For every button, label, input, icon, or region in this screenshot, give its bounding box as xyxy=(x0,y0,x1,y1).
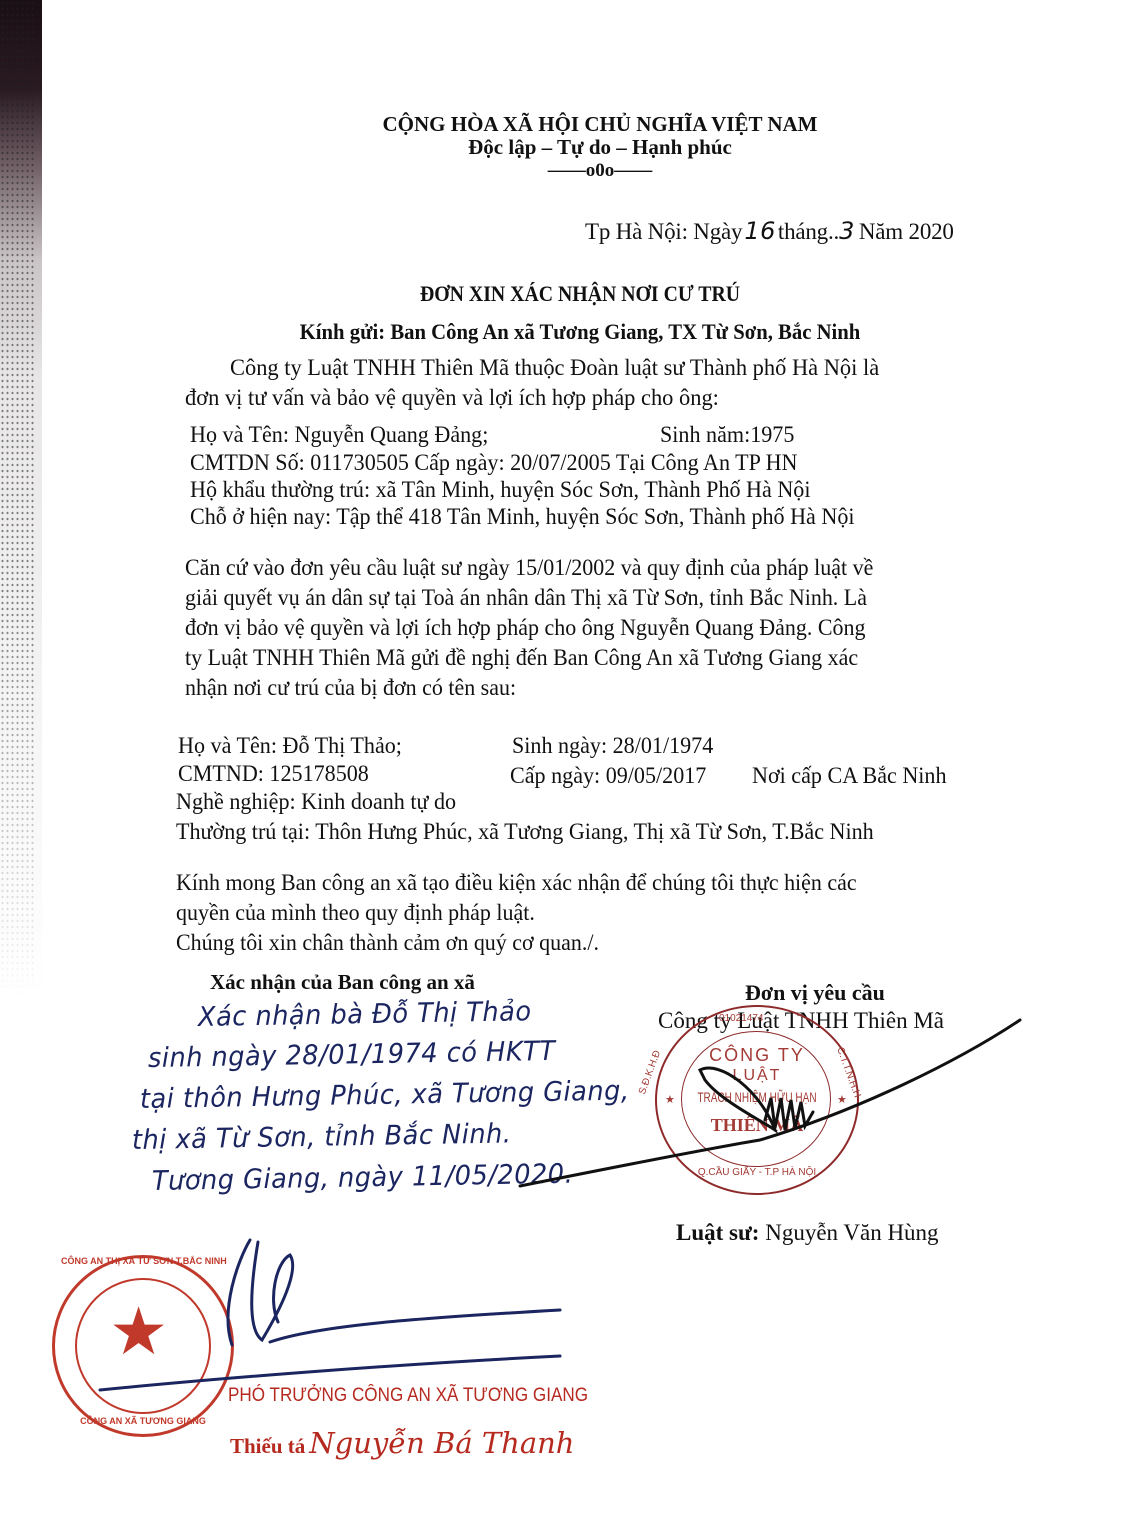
lawyer-signature-icon xyxy=(520,1020,1020,1186)
lawyer: Luật sư: Nguyễn Văn Hùng xyxy=(676,1220,939,1246)
police-signer-rank: Thiếu tá xyxy=(230,1434,305,1458)
lawyer-label: Luật sư: xyxy=(676,1220,759,1245)
police-signer: Thiếu tá Nguyễn Bá Thanh xyxy=(230,1426,575,1460)
police-signer-title: PHÓ TRƯỞNG CÔNG AN XÃ TƯƠNG GIANG xyxy=(228,1385,588,1407)
lawyer-name: Nguyễn Văn Hùng xyxy=(765,1220,938,1245)
police-signature-icon xyxy=(100,1240,560,1390)
signatures-layer xyxy=(0,0,1132,1514)
police-signer-name: Nguyễn Bá Thanh xyxy=(309,1426,574,1460)
